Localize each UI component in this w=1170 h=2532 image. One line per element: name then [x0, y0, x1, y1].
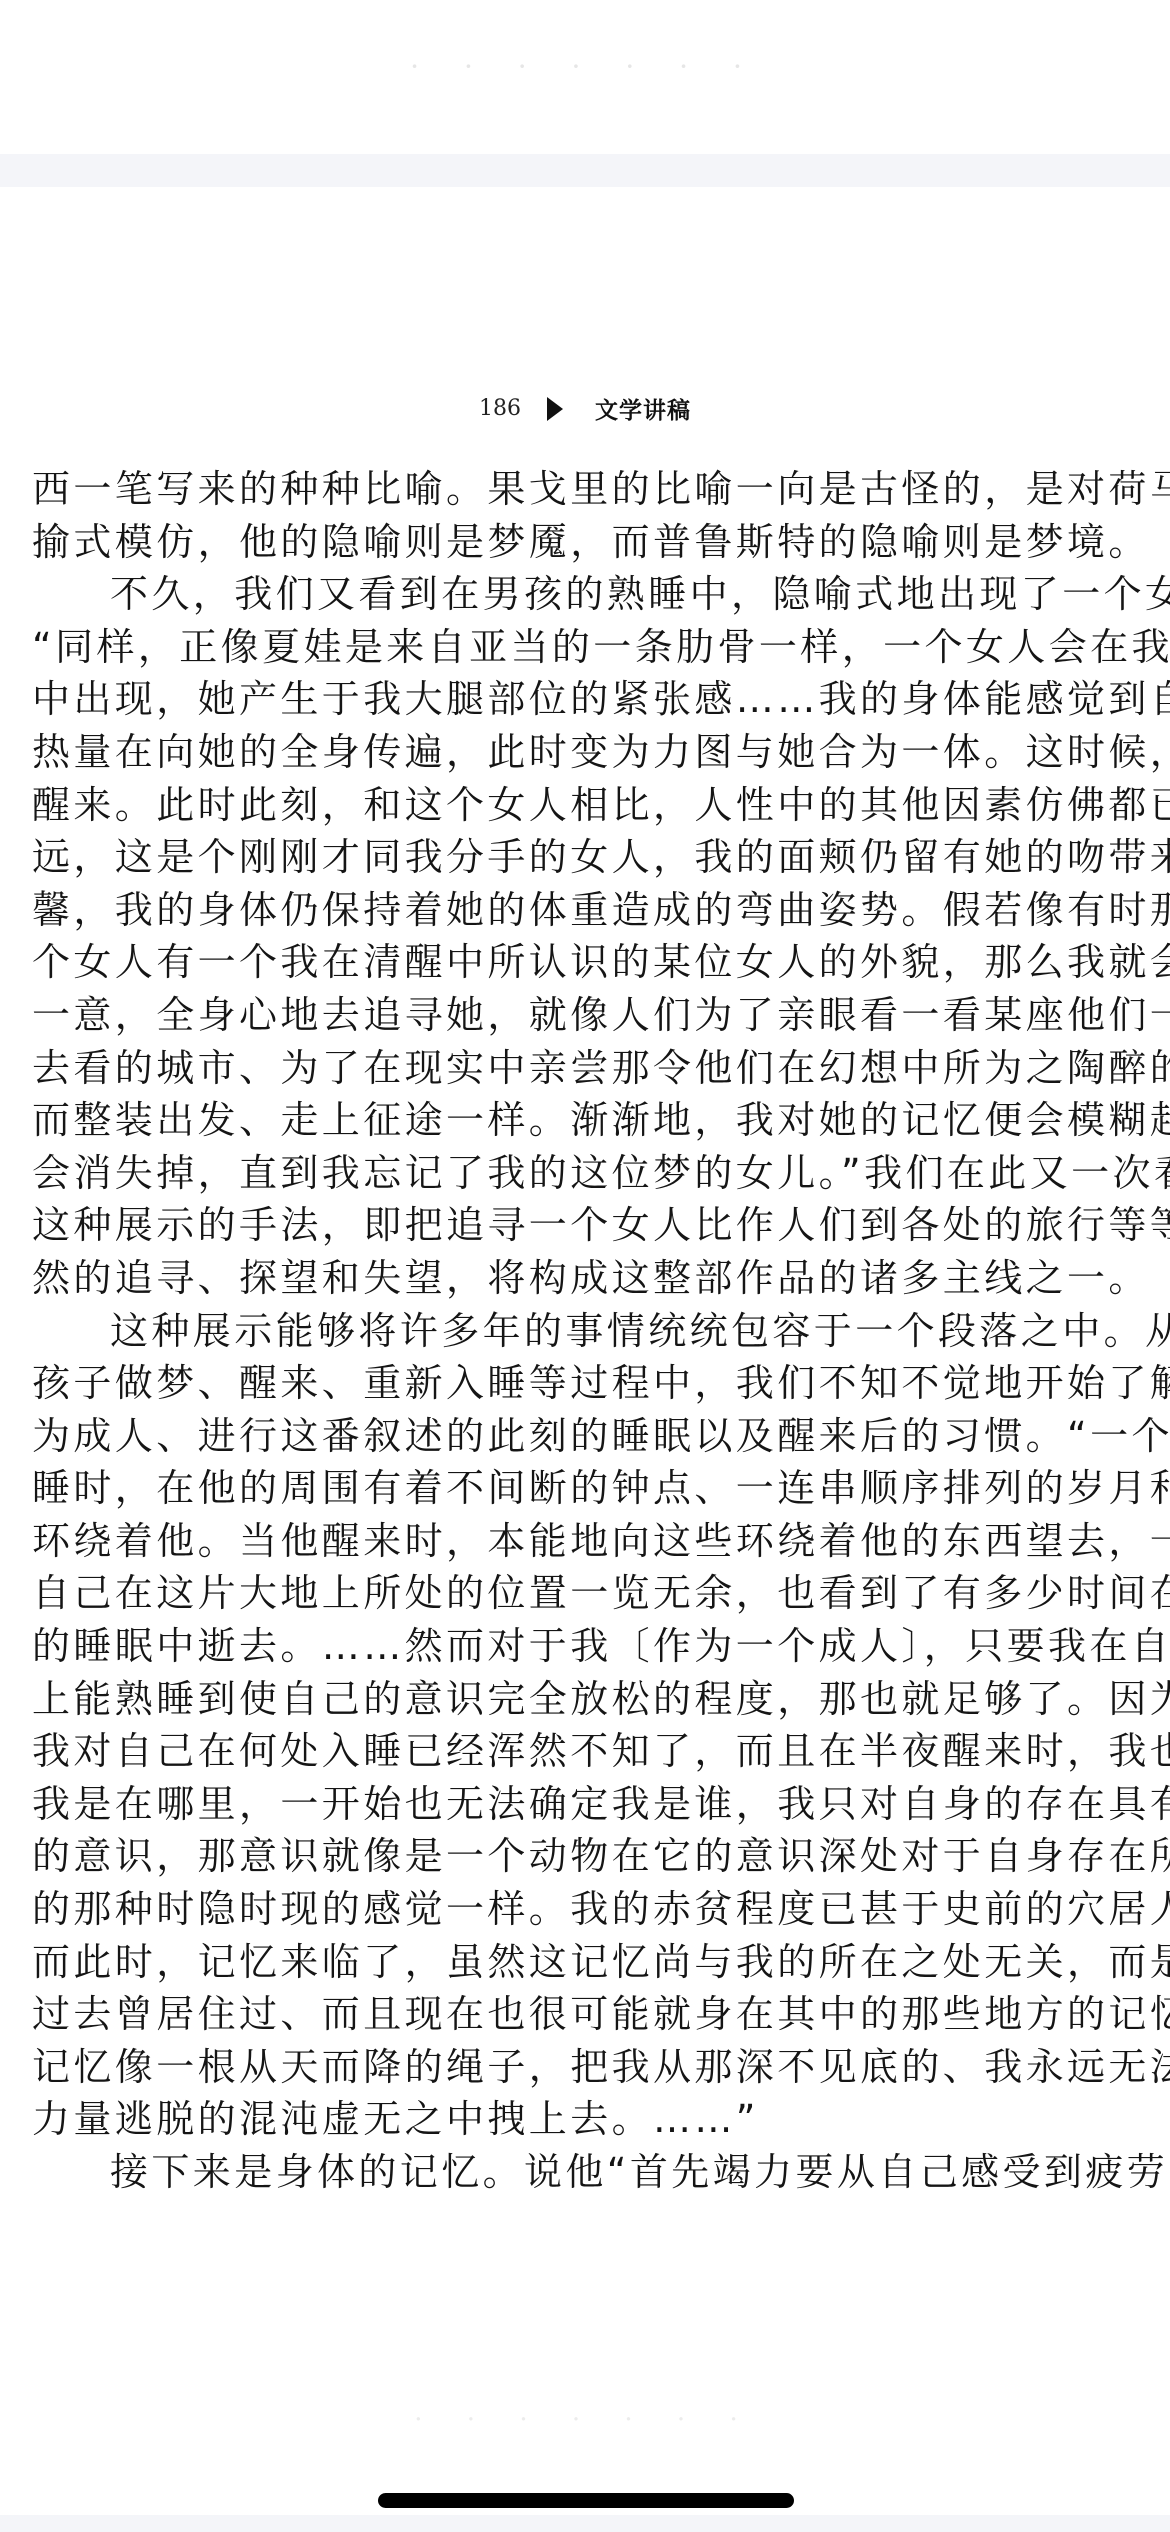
- paragraph: 不久，我们又看到在男孩的熟睡中，隐喻式地出现了一个女人。“同样，正像夏娃是来自亚…: [32, 568, 1147, 1304]
- text-line: 力量逃脱的混沌虚无之中拽上去。……”: [32, 2093, 1147, 2146]
- text-line: 这种展示的手法，即把追寻一个女人比作人们到各处的旅行等等。偶: [32, 1199, 1147, 1252]
- previous-page-bleed: · · · · · · ·: [0, 0, 1170, 154]
- text-line: 过去曾居住过、而且现在也很可能就身在其中的那些地方的记忆。这: [32, 1988, 1147, 2041]
- text-line: 然的追寻、探望和失望，将构成这整部作品的诸多主线之一。: [32, 1252, 1147, 1305]
- text-line: 揄式模仿，他的隐喻则是梦魇，而普鲁斯特的隐喻则是梦境。: [32, 516, 1147, 569]
- page-gap-band: [0, 154, 1170, 187]
- text-line: 而整装出发、走上征途一样。渐渐地，我对她的记忆便会模糊起来、便: [32, 1094, 1147, 1147]
- page-body-text: 西一笔写来的种种比喻。果戈里的比喻一向是古怪的，是对荷马的揶揄式模仿，他的隐喻则…: [32, 463, 1147, 2199]
- text-line: 个女人有一个我在清醒中所认识的某位女人的外貌，那么我就会一心: [32, 936, 1147, 989]
- text-line: 记忆像一根从天而降的绳子，把我从那深不见底的、我永远无法凭个人: [32, 2041, 1147, 2094]
- text-line: 西一笔写来的种种比喻。果戈里的比喻一向是古怪的，是对荷马的揶: [32, 463, 1147, 516]
- text-line: 会消失掉，直到我忘记了我的这位梦的女儿。”我们在此又一次看到了: [32, 1147, 1147, 1200]
- text-line: 为成人、进行这番叙述的此刻的睡眠以及醒来后的习惯。“一个人在熟: [32, 1410, 1147, 1463]
- text-line: 环绕着他。当他醒来时，本能地向这些环绕着他的东西望去，一霎时把: [32, 1515, 1147, 1568]
- text-line: 一意，全身心地去追寻她，就像人们为了亲眼看一看某座他们一直渴望: [32, 989, 1147, 1042]
- text-line: 热量在向她的全身传遍，此时变为力图与她合为一体。这时候，我就会: [32, 726, 1147, 779]
- text-line: 的那种时隐时现的感觉一样。我的赤贫程度已甚于史前的穴居人，然: [32, 1883, 1147, 1936]
- text-line: 醒来。此时此刻，和这个女人相比，人性中的其他因素仿佛都已十分遥: [32, 779, 1147, 832]
- book-title: 文学讲稿: [595, 392, 691, 425]
- text-line: “同样，正像夏娃是来自亚当的一条肋骨一样，一个女人会在我的熟睡: [32, 621, 1147, 674]
- paragraph: 西一笔写来的种种比喻。果戈里的比喻一向是古怪的，是对荷马的揶揄式模仿，他的隐喻则…: [32, 463, 1147, 568]
- paragraph: 这种展示能够将许多年的事情统统包容于一个段落之中。从这个孩子做梦、醒来、重新入睡…: [32, 1305, 1147, 2147]
- bottom-band: [0, 2515, 1170, 2532]
- text-line: 孩子做梦、醒来、重新入睡等过程中，我们不知不觉地开始了解到他作: [32, 1357, 1147, 1410]
- text-line: 上能熟睡到使自己的意识完全放松的程度，那也就足够了。因为此时: [32, 1673, 1147, 1726]
- text-line: 中出现，她产生于我大腿部位的紧张感……我的身体能感觉到自身的: [32, 673, 1147, 726]
- paragraph: 接下来是身体的记忆。说他“首先竭力要从自己感受到疲劳的身: [32, 2146, 1147, 2199]
- text-line: 不久，我们又看到在男孩的熟睡中，隐喻式地出现了一个女人。: [32, 568, 1147, 621]
- text-line: 这种展示能够将许多年的事情统统包容于一个段落之中。从这个: [32, 1305, 1147, 1358]
- text-line: 我是在哪里，一开始也无法确定我是谁，我只对自身的存在具有最起码: [32, 1778, 1147, 1831]
- running-header: 186 文学讲稿: [0, 392, 1170, 425]
- text-line: 远，这是个刚刚才同我分手的女人，我的面颊仍留有她的吻带来的温: [32, 831, 1147, 884]
- text-line: 接下来是身体的记忆。说他“首先竭力要从自己感受到疲劳的身: [32, 2146, 1147, 2199]
- text-line: 去看的城市、为了在现实中亲尝那令他们在幻想中所为之陶醉的事物: [32, 1042, 1147, 1095]
- page-number: 186: [479, 396, 521, 421]
- text-line: 而此时，记忆来临了，虽然这记忆尚与我的所在之处无关，而是关于我: [32, 1936, 1147, 1989]
- home-indicator[interactable]: [378, 2493, 794, 2508]
- play-triangle-icon: [547, 397, 563, 421]
- next-page-bleed: · · · · · · ·: [80, 2405, 1090, 2435]
- text-line: 的睡眠中逝去。……然而对于我〔作为一个成人〕，只要我在自己的床: [32, 1620, 1147, 1673]
- bleed-through-text: · · · · · · ·: [80, 50, 1090, 83]
- text-line: 我对自己在何处入睡已经浑然不知了，而且在半夜醒来时，我也不知道: [32, 1725, 1147, 1778]
- text-line: 馨，我的身体仍保持着她的体重造成的弯曲姿势。假若像有时那样，这: [32, 884, 1147, 937]
- text-line: 的意识，那意识就像是一个动物在它的意识深处对于自身存在所具有: [32, 1830, 1147, 1883]
- text-line: 自己在这片大地上所处的位置一览无余，也看到了有多少时间在自己: [32, 1567, 1147, 1620]
- text-line: 睡时，在他的周围有着不间断的钟点、一连串顺序排列的岁月和事物在: [32, 1462, 1147, 1515]
